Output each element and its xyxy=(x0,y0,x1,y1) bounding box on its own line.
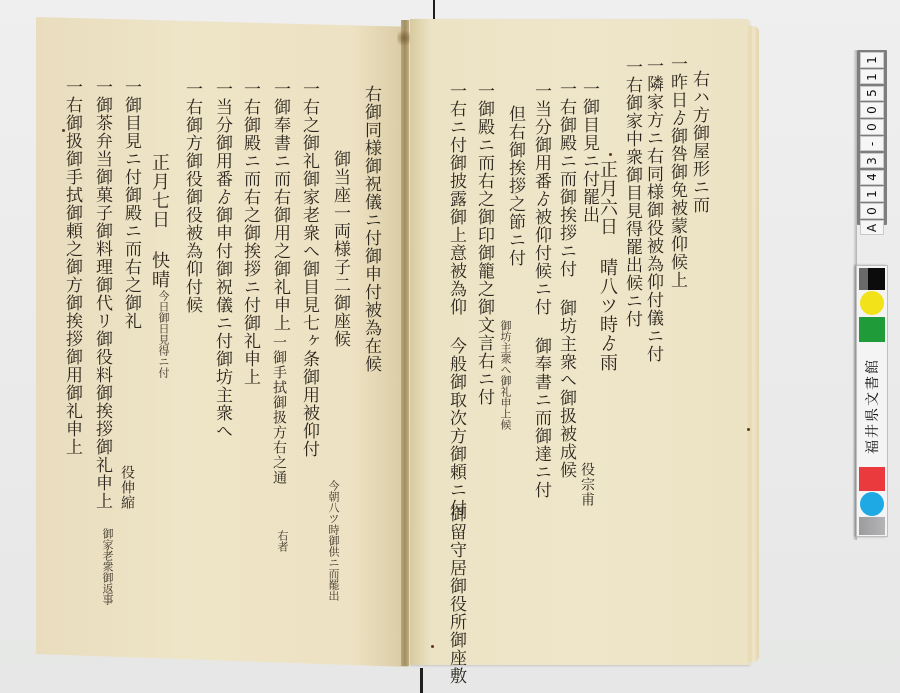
entry-date-heading: 正月六日 晴八ツ時ゟ雨 xyxy=(598,160,616,372)
swatch-gray xyxy=(859,517,885,535)
handwritten-column: 一隣家方ニ右同様御役被為仰付儀ニ付 xyxy=(644,57,661,363)
handwritten-annotation: 御家老衆御返事 xyxy=(102,528,113,605)
handwritten-column: 御留守居御役所御座敷 xyxy=(447,505,464,685)
call-number-char: 3 xyxy=(860,153,884,169)
handwritten-annotation: 右者 xyxy=(277,530,288,552)
call-number-char: 0 xyxy=(860,203,884,219)
call-number-char: A xyxy=(860,220,884,236)
handwritten-column: 一右御殿ニ而右之御挨拶ニ付御礼申上 xyxy=(241,80,258,386)
gutter-stain xyxy=(397,28,411,48)
paper-speck xyxy=(747,428,750,431)
book-gutter xyxy=(401,20,409,666)
signature: 役伸縮 xyxy=(120,465,134,510)
call-number-char: 4 xyxy=(860,170,884,186)
handwritten-column: 一御目見ニ付罷出 xyxy=(580,80,597,224)
call-number-label: 1 1 5 0 0 - 3 4 1 0 A xyxy=(857,50,887,225)
handwritten-column: 一右御家中衆御目見得罷出候ニ付 xyxy=(623,58,640,328)
handwritten-column: 一御奉書ニ而右御用之御礼申上 xyxy=(271,80,288,332)
handwritten-column: 一右御扱御手拭御頼之御方御挨拶御用御礼申上 xyxy=(63,78,80,456)
call-number-char: 5 xyxy=(860,86,884,102)
handwritten-column: 但右御挨拶之節ニ付 xyxy=(506,105,523,267)
paper-speck xyxy=(609,153,612,156)
handwritten-column: 一右ニ付御披露御上意被為仰 今般御取次方御頼ニ付 xyxy=(447,82,464,517)
handwritten-column: 一右之御礼御家老衆へ御目見七ヶ条御用被仰付 xyxy=(300,80,317,458)
handwritten-column: 一昨日ゟ御咎御免被蒙仰候上 xyxy=(668,55,685,289)
handwritten-column: 一右御方御役御役被為仰付候 xyxy=(183,80,200,314)
swatch-green xyxy=(859,317,885,342)
swatch-yellow xyxy=(860,291,884,315)
handwritten-column: 右ハ方御屋形ニ而 xyxy=(690,70,707,214)
entry-date-heading: 正月七日 快晴 xyxy=(150,153,168,289)
swatch-red xyxy=(859,467,885,491)
handwritten-annotation: 今朝八ツ時御供ニ而罷出 xyxy=(328,480,339,601)
call-number-char: 1 xyxy=(860,186,884,202)
paper-speck xyxy=(62,129,65,132)
handwritten-column: 一御茶弁当御菓子御料理御代リ御役料御挨拶御礼申上 xyxy=(93,78,110,510)
handwritten-column: 一当分御用番ゟ被仰付候ニ付 御奉書ニ而御達ニ付 xyxy=(532,82,549,499)
handwritten-column: 一右御殿ニ而御挨拶ニ付 御坊主衆へ御扱被成候 xyxy=(557,80,574,479)
archive-institution-name: 福井県文書館 xyxy=(857,348,887,463)
handwritten-column: 御当座一両様子二御座候 xyxy=(331,150,348,348)
paper-speck xyxy=(431,645,434,648)
handwritten-column: 一御殿ニ而右之御印御籠之御文言右ニ付 xyxy=(475,82,492,406)
handwritten-column: 一御手拭御扱方右之通 xyxy=(272,335,286,485)
call-number-char: 1 xyxy=(860,52,884,68)
handwritten-annotation: 御坊主衆へ御礼申上候 xyxy=(500,320,511,430)
handwritten-column: 右御同様御祝儀ニ付御申付被為在候 xyxy=(362,85,379,373)
handwritten-column: 一御目見ニ付御殿ニ而右之御礼 xyxy=(122,78,139,330)
call-number-char: 1 xyxy=(860,69,884,85)
handwritten-column: 一当分御用番ゟ御申付御祝儀ニ付御坊主衆へ xyxy=(213,80,230,440)
page-edge-stack xyxy=(745,26,759,662)
swatch-cyan xyxy=(860,492,884,516)
handwritten-annotation: 今日御日見得ニ付 xyxy=(158,290,169,378)
swatch-black xyxy=(859,268,885,290)
color-calibration-chart: 福井県文書館 xyxy=(856,265,888,537)
call-number-char: - xyxy=(860,136,884,152)
signature: 役宗甫 xyxy=(580,462,594,507)
book-stand-edge-bottom xyxy=(420,668,423,693)
call-number-char: 0 xyxy=(860,102,884,118)
call-number-char: 0 xyxy=(860,119,884,135)
